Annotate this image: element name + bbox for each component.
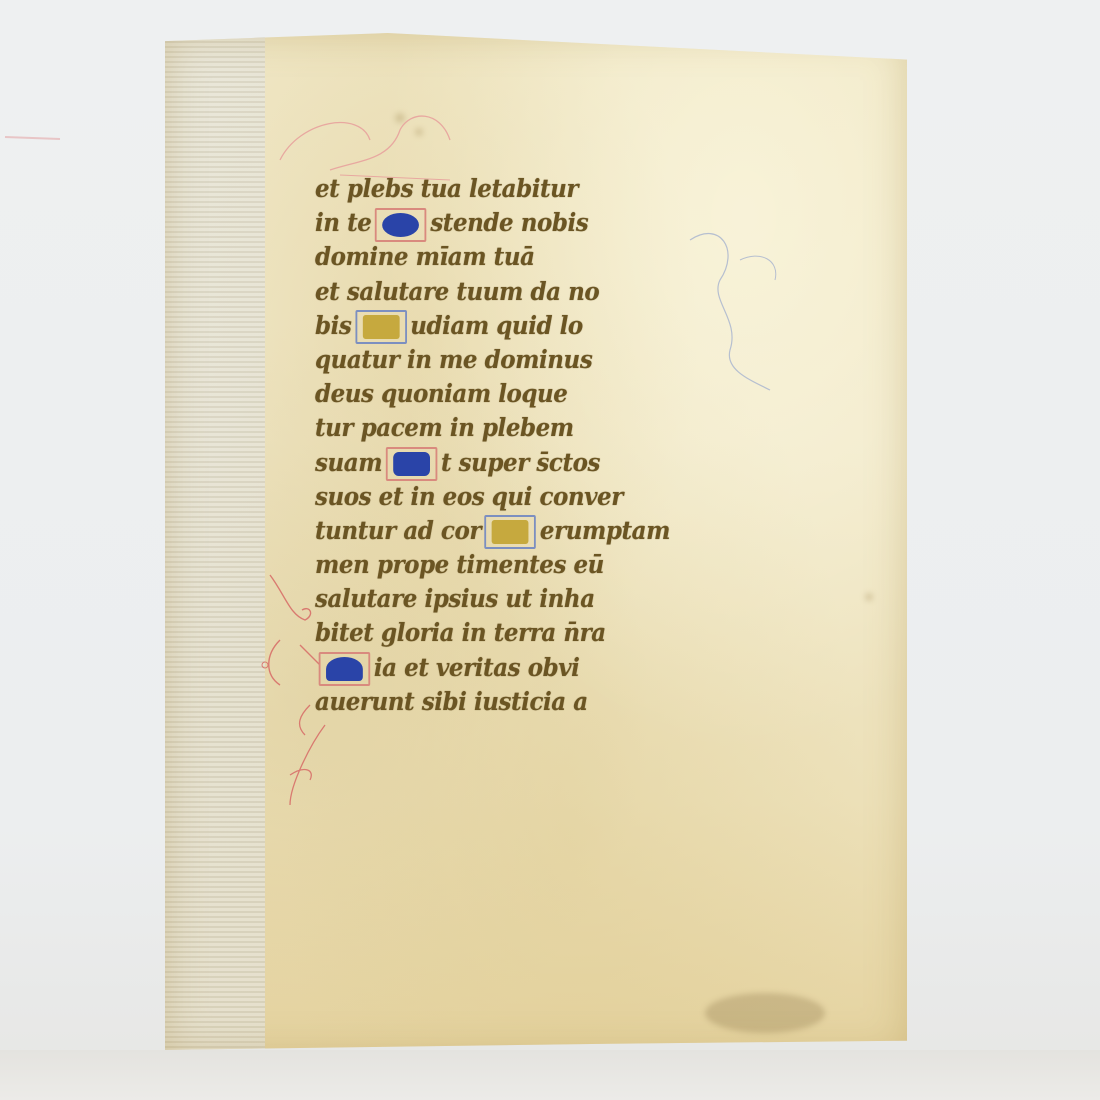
text-line-4: et salutare tuum da no <box>315 275 683 309</box>
line-text: erumptam <box>540 516 670 545</box>
text-line-15: ia et veritas obvi <box>315 651 683 685</box>
line-text: tur pacem in plebem <box>315 413 574 442</box>
line-text: t super s̄ctos <box>441 448 600 477</box>
decorated-initial-o <box>375 208 427 242</box>
decorated-initial-v <box>485 515 537 549</box>
line-text: deus quoniam loque <box>315 379 567 408</box>
line-text: et salutare tuum da no <box>315 277 599 306</box>
line-text: bis <box>315 311 351 340</box>
text-line-6: quatur in me dominus <box>315 343 683 377</box>
text-line-1: et plebs tua letabitur <box>315 172 683 206</box>
text-line-7: deus quoniam loque <box>315 377 683 411</box>
shelf-surface <box>0 1050 1100 1100</box>
text-line-9: suamt super s̄ctos <box>315 446 683 480</box>
text-line-2: in testende nobis <box>315 206 683 240</box>
line-text: udiam quid lo <box>410 311 583 340</box>
text-line-14: bitet gloria in terra n̄ra <box>315 616 683 650</box>
text-line-12: men prope timentes eū <box>315 548 683 582</box>
line-text: tuntur ad cor <box>315 516 481 545</box>
wall-scuff-marks <box>0 125 80 155</box>
decorated-initial-e <box>386 447 438 481</box>
line-text: domine mīam tuā <box>315 242 535 271</box>
text-line-5: bisudiam quid lo <box>315 309 683 343</box>
line-text: in te <box>315 208 371 237</box>
line-text: suam <box>315 448 382 477</box>
manuscript-text-block: et plebs tua letabitur in testende nobis… <box>315 172 715 719</box>
text-line-16: auerunt sibi iusticia a <box>315 685 683 719</box>
line-text: et plebs tua letabitur <box>315 174 578 203</box>
decorated-initial-a <box>355 310 407 344</box>
text-line-11: tuntur ad corerumptam <box>315 514 683 548</box>
text-line-3: domine mīam tuā <box>315 240 683 274</box>
line-text: ia et veritas obvi <box>374 653 580 682</box>
text-line-10: suos et in eos qui conver <box>315 480 683 514</box>
line-text: quatur in me dominus <box>315 345 592 374</box>
text-line-13: salutare ipsius ut inha <box>315 582 683 616</box>
line-text: auerunt sibi iusticia a <box>315 687 588 716</box>
line-text: bitet gloria in terra n̄ra <box>315 618 606 647</box>
line-text: men prope timentes eū <box>315 550 604 579</box>
decorated-initial-m <box>319 652 371 686</box>
line-text: suos et in eos qui conver <box>315 482 623 511</box>
text-line-8: tur pacem in plebem <box>315 411 683 445</box>
line-text: stende nobis <box>430 208 588 237</box>
line-text: salutare ipsius ut inha <box>315 584 595 613</box>
